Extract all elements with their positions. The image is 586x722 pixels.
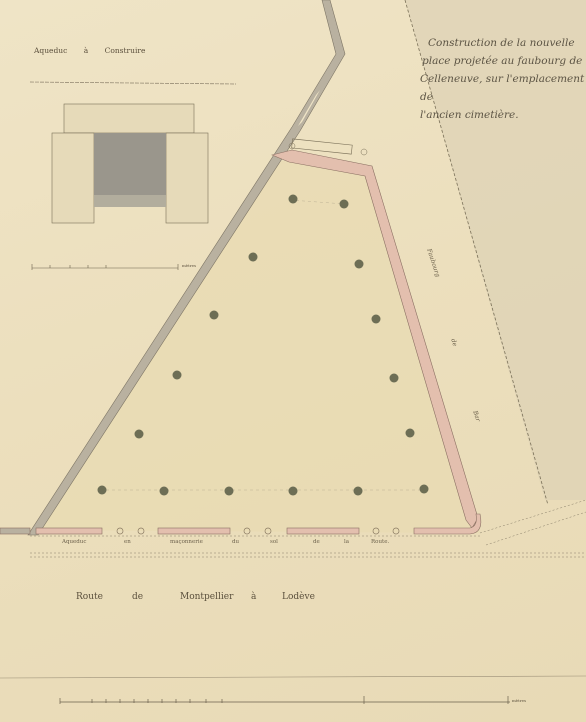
road-note-word: en bbox=[124, 539, 131, 545]
road-note-word: sol bbox=[270, 539, 278, 545]
road-note-word: maçonnerie bbox=[170, 539, 203, 545]
frame-line bbox=[0, 676, 586, 678]
detail-scale-bar bbox=[32, 264, 178, 270]
detail-scale-label: mètres bbox=[182, 263, 196, 268]
road-note-word: Aqueduc bbox=[62, 539, 86, 545]
road-note-word: de bbox=[313, 539, 320, 545]
route-word: de bbox=[132, 592, 143, 602]
route-word: Route bbox=[76, 592, 103, 602]
route-word: à bbox=[251, 592, 256, 602]
wall-gap bbox=[298, 90, 320, 126]
place-area bbox=[36, 160, 480, 533]
bottom-scale-label: mètres bbox=[512, 698, 526, 703]
route-word: Montpellier bbox=[180, 592, 233, 602]
title-line: Construction de la nouvelle bbox=[428, 34, 586, 52]
map-sheet: Construction de la nouvelle place projet… bbox=[0, 0, 586, 722]
road-note-word: la bbox=[344, 539, 349, 545]
aqueduct-detail bbox=[52, 104, 208, 223]
bottom-scale-bar bbox=[60, 696, 510, 704]
detail-ground-line bbox=[30, 82, 236, 84]
detail-caption: Aqueduc à Construire bbox=[34, 46, 159, 55]
road-note-word: Route. bbox=[371, 539, 389, 545]
route-word: Lodève bbox=[282, 592, 315, 602]
title-line: Celleneuve, sur l'emplacement de bbox=[420, 70, 586, 106]
title-line: place projetée au faubourg de bbox=[422, 52, 586, 70]
road-note-word: du bbox=[232, 539, 239, 545]
map-title: Construction de la nouvelle place projet… bbox=[428, 34, 586, 124]
title-line: l'ancien cimetière. bbox=[420, 106, 586, 124]
